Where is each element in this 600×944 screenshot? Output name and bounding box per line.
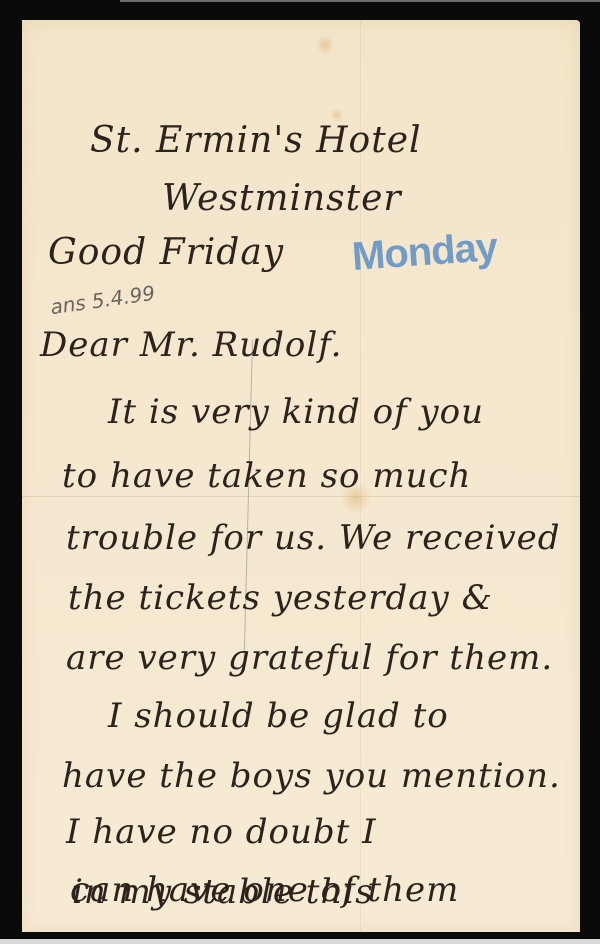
body-line-4: the tickets yesterday & <box>68 578 493 618</box>
scan-edge-bottom <box>0 939 600 944</box>
letter-date-line: Good Friday <box>48 232 284 273</box>
body-line-7: have the boys you mention. <box>62 756 561 796</box>
salutation: Dear Mr. Rudolf. <box>40 325 342 365</box>
horizontal-fold-crease <box>22 496 580 497</box>
body-line-8: I have no doubt I <box>66 812 377 852</box>
blue-crayon-annotation: Monday <box>351 225 499 280</box>
scan-edge-top <box>120 0 600 2</box>
foxing-stain <box>317 34 333 56</box>
body-line-3: trouble for us. We received <box>66 518 561 558</box>
body-line-2: to have taken so much <box>62 456 471 496</box>
body-line-5: are very grateful for them. <box>66 638 553 678</box>
letter-page: St. Ermin's Hotel Westminster Good Frida… <box>22 20 580 932</box>
letterhead-address-1: St. Ermin's Hotel <box>90 120 422 161</box>
body-line-10: in my stable this <box>72 872 374 912</box>
body-line-1: It is very kind of you <box>108 392 484 432</box>
body-line-6: I should be glad to <box>108 696 449 736</box>
letterhead-address-2: Westminster <box>162 178 402 219</box>
pencil-received-note: ans 5.4.99 <box>49 281 157 319</box>
